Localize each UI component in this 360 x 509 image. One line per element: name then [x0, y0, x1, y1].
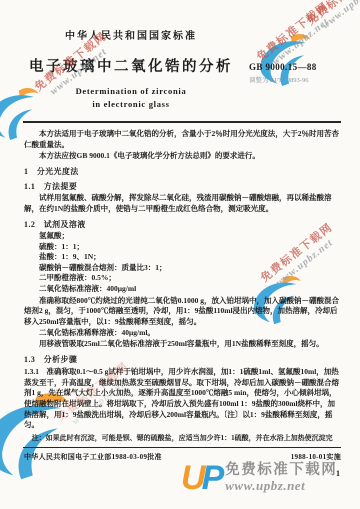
reagent-item: 盐酸：1：9、1N；	[39, 252, 341, 263]
upbz-logo-letter-u: U	[181, 459, 202, 497]
document-header: 中华人民共和国国家标准 电子玻璃中二氧化锆的分析 Determination o…	[0, 0, 262, 111]
watermark-site-name: 免费标准下载网	[303, 0, 360, 28]
section-heading: 1 分光光度法	[24, 166, 341, 177]
watermark-diagonal: 免费标准下载网 www.upbz.net	[303, 0, 360, 37]
body-paragraph: 1.3.1 准确称取0.1～0.5 g试样于铂坩埚中，用少许水润湿，加1：1硫酸…	[24, 367, 341, 431]
upbz-brand-url: www.upbz.net	[225, 479, 337, 493]
document-footer: 中华人民共和国电子工业部1988-03-09批准 1988-10-01实施	[24, 452, 341, 462]
reagent-item: 硫酸：1：1；	[39, 242, 341, 253]
section-heading: 1.1 方法提要	[24, 181, 341, 192]
document-title-en: Determination of zirconia in electronic …	[0, 85, 262, 111]
upbz-logo-letter-p: P	[202, 459, 221, 497]
reagent-item: 碳酸钠－硼酸混合熔剂：质量比3：1；	[39, 263, 341, 274]
standard-replacement-note: 调整为 SJ/T 10893-96	[249, 75, 317, 84]
footer-divider-rule	[23, 447, 341, 448]
reagent-item: 氢氟酸；	[39, 231, 341, 242]
upbz-brand-block: UP 免费标准下载网 www.upbz.net	[181, 462, 337, 494]
page-number: 1	[336, 469, 340, 478]
note-paragraph: 注：如果此时有沉淀，可能是钡、锶的硫酸盐，应适当加少许1：1硫酸，并在水浴上加热…	[32, 434, 341, 444]
document-title-en-line2: in electronic glass	[0, 98, 262, 111]
standard-number: GB 9000.15—88	[249, 62, 317, 72]
header-divider-rule	[23, 121, 341, 123]
standard-number-block: GB 9000.15—88 调整为 SJ/T 10893-96	[249, 62, 317, 84]
implementation-text: 1988-10-01实施	[291, 452, 341, 462]
document-title-en-line1: Determination of zirconia	[0, 85, 262, 98]
document-title-cn: 电子玻璃中二氧化锆的分析	[0, 55, 262, 76]
reagent-item: 二甲酚橙溶液：0.5%；	[39, 273, 341, 284]
document-body: 本方法适用于电子玻璃中二氧化锆的分析，含量小于2％时用分光光度法，大于2％时用苦…	[24, 128, 341, 444]
body-paragraph: 准确称取经800℃灼烧过的光谱纯二氧化锆0.1000 g，放入铂坩埚中，加入碳酸…	[24, 296, 341, 328]
section-heading: 1.2 试剂及溶液	[24, 219, 341, 230]
intro-paragraph: 本方法应按GB 9000.1《电子玻璃化学分析方法总则》的要求进行。	[24, 151, 341, 162]
upbz-brand-text: 免费标准下载网 www.upbz.net	[225, 463, 337, 493]
intro-paragraph: 本方法适用于电子玻璃中二氧化锆的分析，含量小于2％时用分光光度法，大于2％时用苦…	[24, 129, 341, 150]
watermark-site-url: www.upbz.net	[313, 0, 360, 37]
approval-text: 中华人民共和国电子工业部1988-03-09批准	[24, 452, 162, 462]
upbz-up-logo-icon: UP	[181, 462, 220, 494]
standard-document-page: 免费标准下载网 www.upbz.net 免费标准下载网 www.upbz.ne…	[0, 0, 360, 509]
section-heading: 1.3 分析步骤	[24, 354, 341, 365]
reagent-item: 二氧化锆标准稀释溶液：40μg/ml。	[39, 328, 341, 339]
body-paragraph: 用移液管吸取25ml二氧化锆标准溶液于250ml容量瓶中，用1N盐酸稀释至刻度，…	[24, 339, 341, 350]
reagent-item: 二氧化锆标准溶液：400μg/ml	[39, 284, 341, 295]
standard-org-line: 中华人民共和国国家标准	[0, 27, 262, 42]
upbz-brand-name: 免费标准下载网	[225, 463, 337, 479]
watermark-site-name: 免费标准下载网	[253, 0, 332, 64]
body-paragraph: 试样用氢氟酸、硫酸分解，挥发除尽二氧化硅，残渣用碳酸钠－硼酸熔融，再以稀盐酸溶解…	[24, 193, 341, 214]
